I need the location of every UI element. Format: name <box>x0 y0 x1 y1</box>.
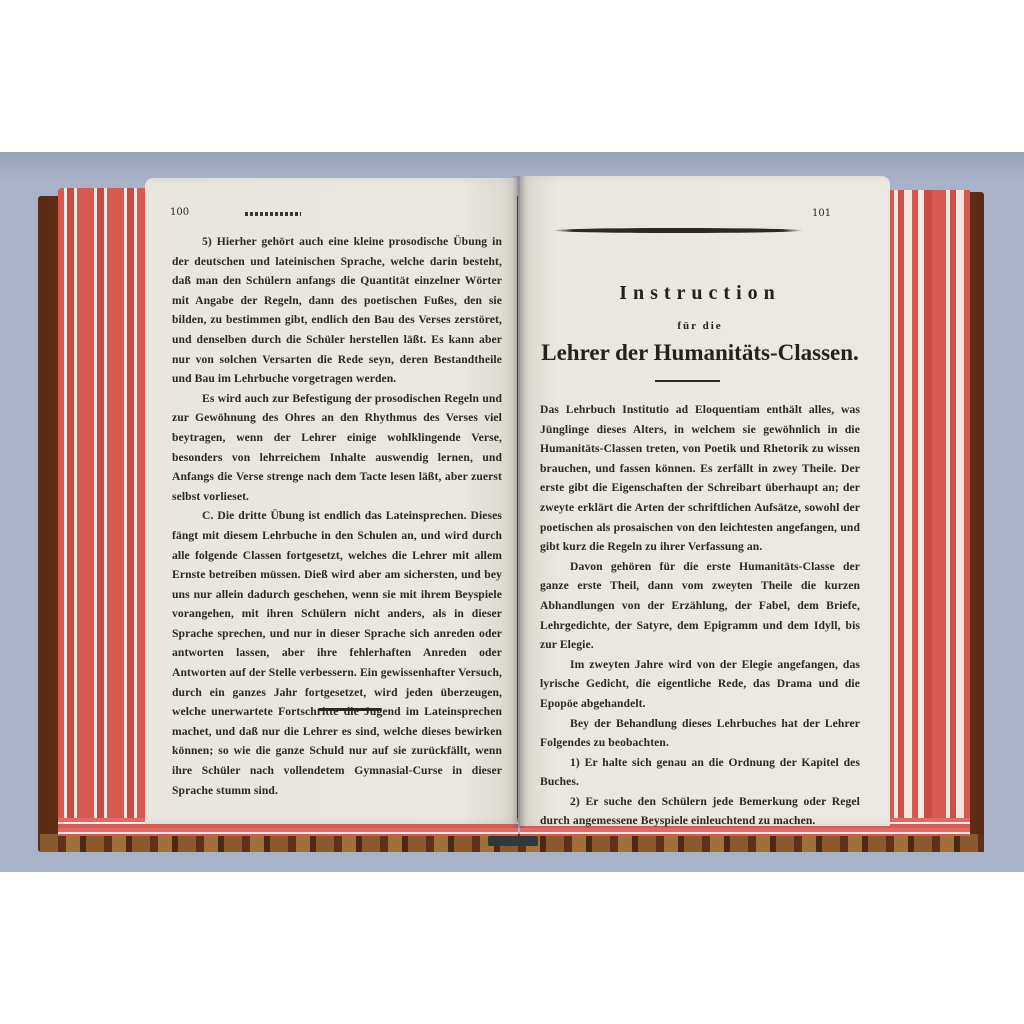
paragraph: Es wird auch zur Befestigung der prosodi… <box>172 389 502 507</box>
decorative-wave-rule <box>553 228 803 233</box>
left-page-number: 100 <box>170 207 189 218</box>
chapter-subtitle: für die <box>540 320 860 332</box>
paragraph: C. Die dritte Übung ist endlich das Late… <box>172 506 502 800</box>
right-page-body: Das Lehrbuch Institutio ad Eloquentiam e… <box>540 400 860 831</box>
paragraph: Im zweyten Jahre wird von der Elegie ang… <box>540 655 860 714</box>
spine-headband <box>488 836 538 846</box>
paragraph: Bey der Behandlung dieses Lehrbuches hat… <box>540 714 860 753</box>
header-ornament <box>245 212 301 216</box>
paragraph: Davon gehören für die erste Humanitäts-C… <box>540 557 860 655</box>
book-gutter <box>512 176 526 828</box>
left-page-stack-red-edge <box>58 188 148 836</box>
paragraph: 1) Er halte sich genau an die Ordnung de… <box>540 753 860 792</box>
paragraph: 5) Hierher gehört auch eine kleine proso… <box>172 232 502 389</box>
title-rule <box>655 380 720 382</box>
paragraph: Das Lehrbuch Institutio ad Eloquentiam e… <box>540 400 860 557</box>
paragraph: 2) Er suche den Schülern jede Bemerkung … <box>540 792 860 831</box>
right-page-number: 101 <box>812 208 831 219</box>
section-end-rule <box>318 708 382 711</box>
chapter-title: Instruction <box>540 282 860 305</box>
left-page-body: 5) Hierher gehört auch eine kleine proso… <box>172 232 502 800</box>
chapter-heading: Lehrer der Humanitäts-Classen. <box>540 340 860 366</box>
right-page-stack-red-edge <box>880 190 970 836</box>
